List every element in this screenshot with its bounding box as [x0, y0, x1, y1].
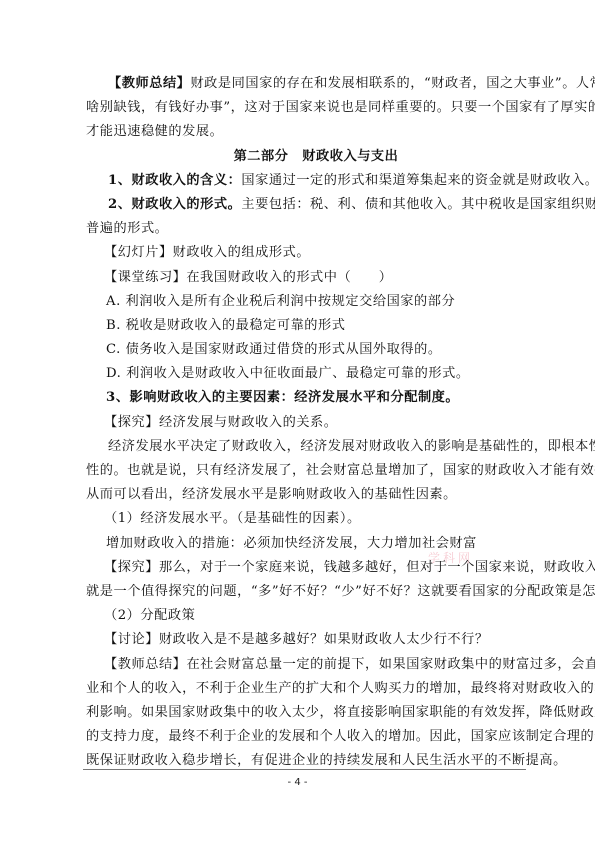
class-exercise: 【课堂练习】在我国财政收入的形式中（ ） — [86, 266, 526, 290]
document-page: 【教师总结】财政是同国家的存在和发展相联系的，“财政者，国之大事业”。人常说，“… — [0, 0, 595, 842]
item-2-label: 2、财政收入的形式。 — [108, 197, 241, 212]
teacher-summary-label: 【教师总结】 — [108, 76, 190, 91]
section-title: 第二部分 财政收入与支出 — [86, 145, 526, 169]
sub-item-1: （1）经济发展水平。（是基础性的因素）。 — [86, 507, 526, 531]
explore-2-line-2: 就是一个值得探究的问题，“多”好不好？“少”好不好？这就要看国家的分配政策是怎样… — [86, 580, 526, 604]
item-1-definition: 1、财政收入的含义：国家通过一定的形式和渠道筹集起来的资金就是财政收入。 — [86, 169, 526, 193]
item-2-forms-cont: 普遍的形式。 — [86, 217, 526, 241]
slide-note: 【幻灯片】财政收入的组成形式。 — [86, 241, 526, 265]
option-b: B. 税收是财政收入的最稳定可靠的形式 — [86, 314, 526, 338]
item-3-factors: 3、影响财政收入的主要因素：经济发展水平和分配制度。 — [86, 386, 526, 410]
teacher-summary-2-line-2: 业和个人的收入，不利于企业生产的扩大和个人购买力的增加，最终将对财政收入的增加产… — [86, 677, 526, 701]
economic-paragraph-line-2: 性的。也就是说，只有经济发展了，社会财富总量增加了，国家的财政收入才能有效持续的… — [86, 459, 526, 483]
option-c: C. 债务收入是国家财政通过借贷的形式从国外取得的。 — [86, 338, 526, 362]
document-body: 【教师总结】财政是同国家的存在和发展相联系的，“财政者，国之大事业”。人常说，“… — [86, 72, 526, 773]
watermark: 学科网 — [428, 549, 473, 566]
page-number: - 4 - — [0, 777, 595, 788]
economic-paragraph-line-1: 经济发展水平决定了财政收入，经济发展对财政收入的影响是基础性的，即根本性的、决定 — [86, 435, 526, 459]
teacher-summary-2-line-1: 【教师总结】在社会财富总量一定的前提下，如果国家财政集中的财富过多，会直接减少企 — [86, 653, 526, 677]
teacher-summary-2-label: 【教师总结】 — [104, 657, 186, 672]
teacher-summary-2-line-3: 利影响。如果国家财政集中的收入太少，将直接影响国家职能的有效发挥，降低财政对经济… — [86, 701, 526, 725]
sub-item-2: （2）分配政策 — [86, 604, 526, 628]
explore-1: 【探究】经济发展与财政收入的关系。 — [86, 411, 526, 435]
teacher-summary-line-1: 【教师总结】财政是同国家的存在和发展相联系的，“财政者，国之大事业”。人常说，“… — [86, 72, 526, 96]
teacher-summary-line-3: 才能迅速稳健的发展。 — [86, 120, 526, 144]
teacher-summary-2-line-4: 的支持力度，最终不利于企业的发展和个人收入的增加。因此，国家应该制定合理的分配政… — [86, 725, 526, 749]
item-2-forms: 2、财政收入的形式。主要包括：税、利、债和其他收入。其中税收是国家组织财政收入最 — [86, 193, 526, 217]
option-a: A. 利润收入是所有企业税后利润中按规定交给国家的部分 — [86, 290, 526, 314]
teacher-summary-line-2: 啥别缺钱，有钱好办事”，这对于国家来说也是同样重要的。只要一个国家有了厚实的财政… — [86, 96, 526, 120]
economic-paragraph-line-3: 从而可以看出，经济发展水平是影响财政收入的基础性因素。 — [86, 483, 526, 507]
discussion: 【讨论】财政收入是不是越多越好？如果财政收人太少行不行？ — [86, 628, 526, 652]
option-d: D. 利润收入是财政收入中征收面最广、最稳定可靠的形式。 — [86, 362, 526, 386]
item-1-label: 1、财政收入的含义： — [108, 173, 241, 188]
footer-divider — [83, 769, 526, 770]
